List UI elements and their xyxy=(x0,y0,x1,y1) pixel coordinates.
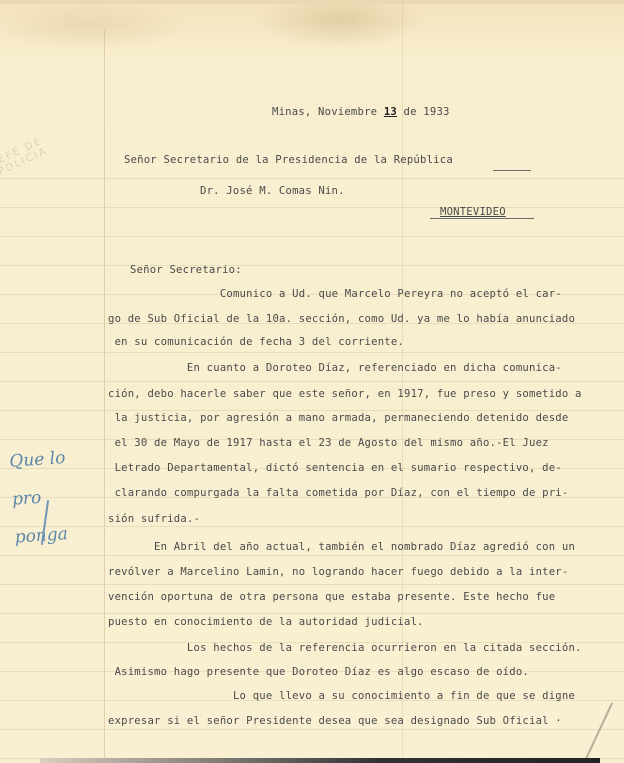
date-suffix: de 1933 xyxy=(397,106,450,118)
body-line: puesto en conocimiento de la autoridad j… xyxy=(108,616,424,628)
body-line: Asimismo hago presente que Doroteo Díaz … xyxy=(108,666,529,678)
handwritten-note-line: Que lo pro xyxy=(8,437,93,518)
body-line: En cuanto a Doroteo Díaz, referenciado e… xyxy=(108,362,562,374)
body-line: vención oportuna de otra persona que est… xyxy=(108,591,555,603)
body-line: revólver a Marcelino Lamin, no logrando … xyxy=(108,566,568,578)
body-line: Lo que llevo a su conocimiento a fin de … xyxy=(108,690,575,702)
city-underline xyxy=(430,218,534,219)
addressee-title: Señor Secretario de la Presidencia de la… xyxy=(124,154,453,166)
body-line: go de Sub Oficial de la 10a. sección, co… xyxy=(108,313,575,325)
body-line: la justicia, por agresión a mano armada,… xyxy=(108,412,568,424)
addressee-rule xyxy=(493,170,531,171)
body-line: sión sufrida.- xyxy=(108,513,200,525)
body-line: en su comunicación de fecha 3 del corrie… xyxy=(108,336,404,348)
date-prefix: Minas, Noviembre xyxy=(272,106,384,118)
handwritten-note-line: ponga xyxy=(13,513,95,556)
body-line: clarando compurgada la falta cometida po… xyxy=(108,487,568,499)
document-page: JEFE DE POLICÍA Minas, Noviembre 13 de 1… xyxy=(0,0,624,763)
body-line: Los hechos de la referencia ocurrieron e… xyxy=(108,642,582,654)
body-line: En Abril del año actual, también el nomb… xyxy=(108,541,575,553)
paper-top-edge xyxy=(0,0,624,4)
salutation: Señor Secretario: xyxy=(130,264,242,276)
handwritten-note: Que lo pro ponga xyxy=(8,437,96,556)
body-line: Letrado Departamental, dictó sentencia e… xyxy=(108,462,562,474)
addressee-city: MONTEVIDEO xyxy=(440,206,506,218)
body-line: Comunico a Ud. que Marcelo Pereyra no ac… xyxy=(108,288,562,300)
body-line: el 30 de Mayo de 1917 hasta el 23 de Ago… xyxy=(108,437,549,449)
paper-bottom-edge xyxy=(40,758,600,763)
body-line: ción, debo hacerle saber que este señor,… xyxy=(108,388,582,400)
body-line: expresar si el señor Presidente desea qu… xyxy=(108,715,562,727)
date-line: Minas, Noviembre 13 de 1933 xyxy=(272,106,450,118)
date-day: 13 xyxy=(384,106,397,118)
addressee-name: Dr. José M. Comas Nin. xyxy=(200,185,345,197)
